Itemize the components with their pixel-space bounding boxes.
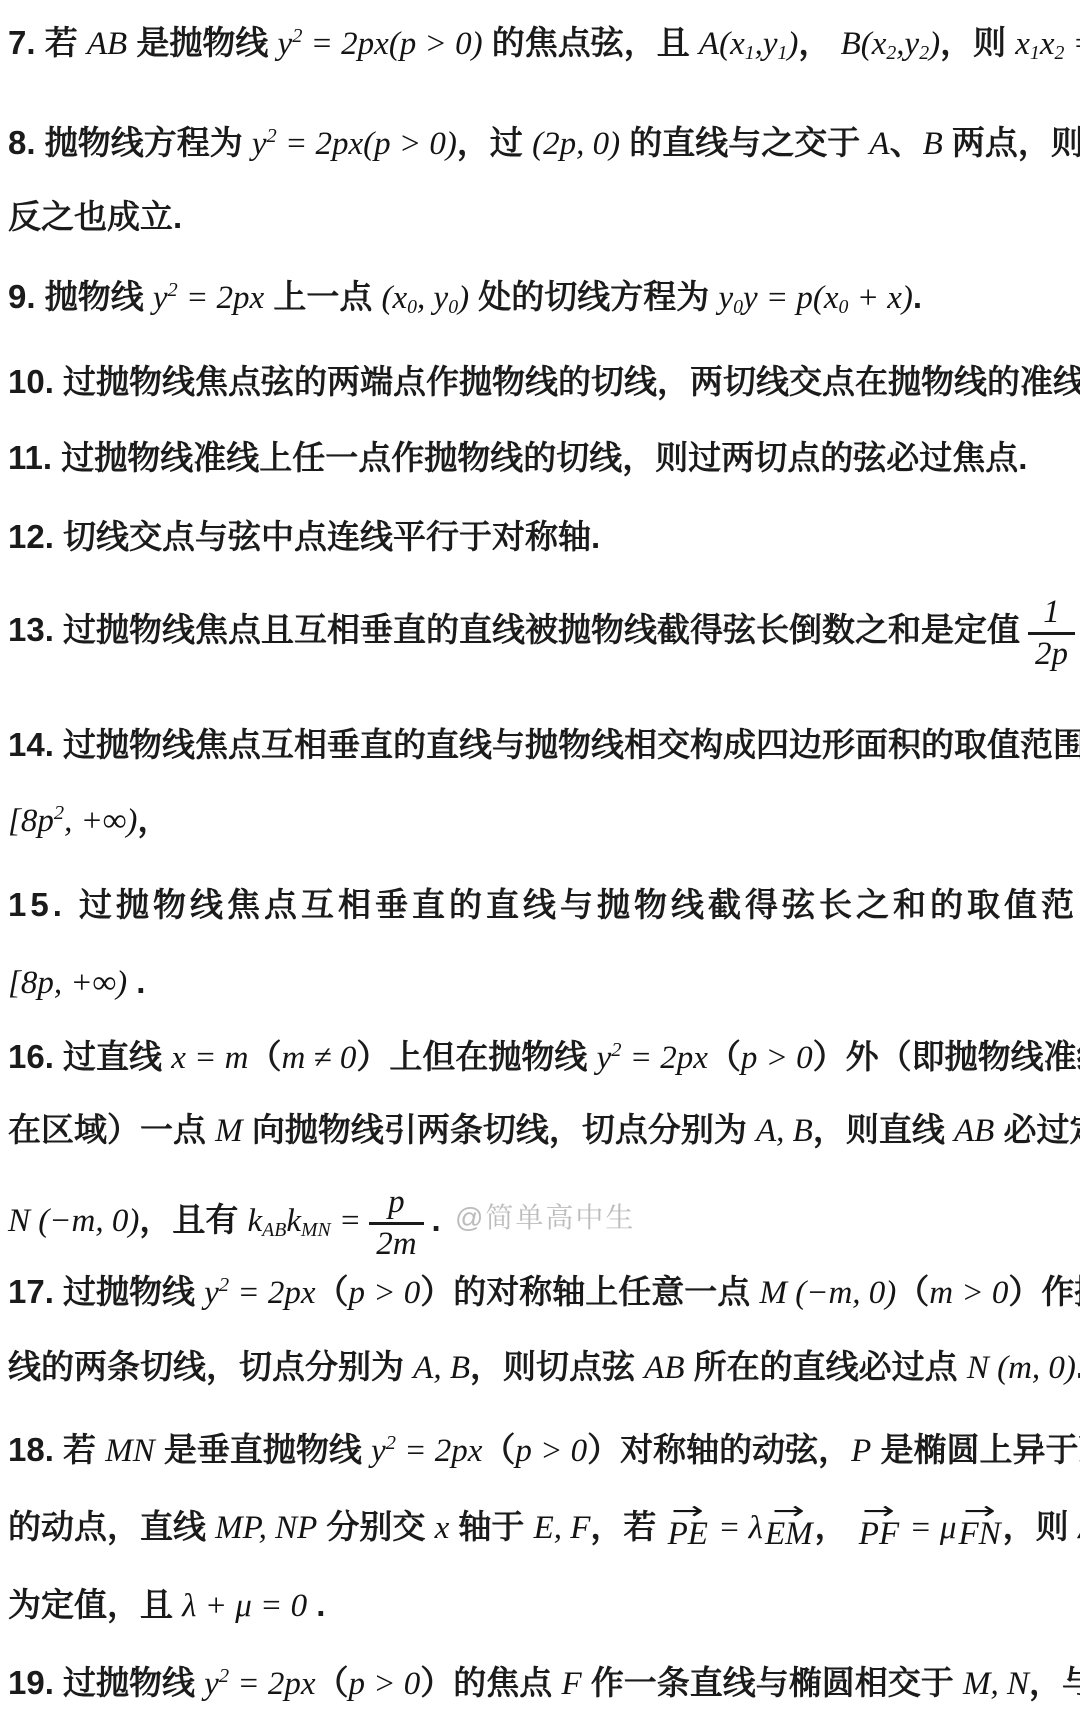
text-run: 分别交: [317, 1508, 434, 1545]
text-run: （: [482, 1431, 515, 1468]
superscript: 2: [219, 1274, 229, 1296]
text-run: 为定值，且: [8, 1586, 182, 1623]
fraction-denominator: 2p: [1028, 632, 1075, 672]
item-15-line-2: [8p, +∞) .: [8, 959, 1078, 1005]
fraction-numerator: p: [381, 1185, 412, 1222]
math-run: m ≠ 0: [281, 1040, 356, 1076]
text-run: 的焦点弦，且: [483, 24, 699, 61]
item-15-line-1: 15. 过抛物线焦点互相垂直的直线与抛物线截得弦长之和的取值范围是: [8, 882, 1078, 928]
math-run: x: [435, 1510, 450, 1546]
text-run: ）的焦点: [420, 1664, 561, 1701]
text-run: 轴于: [449, 1508, 533, 1545]
subscript: 1: [745, 42, 755, 64]
math-run: AB: [644, 1350, 684, 1386]
text-run: 线的两条切线，切点分别为: [8, 1348, 413, 1385]
superscript: 2: [386, 1432, 396, 1454]
item-14-line-2: [8p2, +∞)，: [8, 797, 1078, 843]
math-run: = 2px: [229, 1666, 315, 1702]
subscript: 0: [733, 296, 743, 318]
subscript: 0: [448, 296, 458, 318]
math-subscript: y1: [763, 26, 788, 62]
text-run: 的动点，直线: [8, 1508, 215, 1545]
fraction: 12p: [1028, 595, 1075, 671]
text-run: .: [307, 1586, 325, 1623]
text-run: ，若: [590, 1508, 665, 1545]
math-superscript: y2: [153, 280, 178, 316]
text-run: 在区域）一点: [8, 1111, 215, 1148]
subscript: 1: [778, 42, 788, 64]
math-run: p > 0: [741, 1040, 813, 1076]
item-17-line-1: 17. 过抛物线 y2 = 2px（p > 0）的对称轴上任意一点 M (−m,…: [8, 1269, 1078, 1315]
text-run: （: [708, 1038, 741, 1075]
math-run: M, N: [963, 1666, 1029, 1702]
math-run: = 2px(p > 0): [302, 26, 482, 62]
text-run: ，则: [1003, 1508, 1078, 1545]
vector: →FN: [958, 1505, 1000, 1551]
text-run: ）上但在抛物线: [356, 1038, 596, 1075]
text-run: 是垂直抛物线: [155, 1431, 371, 1468]
math-run: = 2px: [229, 1275, 315, 1311]
text-run: .: [127, 963, 145, 1000]
text-run: 7. 若: [8, 24, 87, 61]
math-subscript: x0: [824, 280, 849, 316]
math-run: MP, NP: [215, 1510, 317, 1546]
math-run: = 2px: [396, 1433, 482, 1469]
text-run: ）的对称轴上任意一点: [420, 1273, 759, 1310]
item-16-line-1: 16. 过直线 x = m（m ≠ 0）上但在抛物线 y2 = 2px（p > …: [8, 1034, 1078, 1080]
math-run: λ + μ = 0: [182, 1588, 307, 1624]
text-run: 所在的直线必过点: [685, 1348, 967, 1385]
math-superscript: p2: [37, 803, 64, 839]
vector-arrow-icon: →: [672, 1505, 704, 1517]
math-superscript: y2: [597, 1040, 622, 1076]
item-11: 11. 过抛物线准线上任一点作抛物线的切线，则过两切点的弦必过焦点.: [8, 435, 1078, 481]
text-run: 16. 过直线: [8, 1038, 171, 1075]
text-run: （: [316, 1664, 349, 1701]
math-subscript: x2: [872, 26, 897, 62]
text-run: 15. 过抛物线焦点互相垂直的直线与抛物线截得弦长之和的取值范围是: [8, 886, 1080, 923]
text-run: 13. 过抛物线焦点且互相垂直的直线被抛物线截得弦长倒数之和是定值: [8, 611, 1020, 648]
math-run: ,: [896, 26, 904, 62]
math-run: (: [382, 280, 393, 316]
text-run: （: [248, 1038, 281, 1075]
text-run: 19. 过抛物线: [8, 1664, 204, 1701]
math-run: A, B: [413, 1350, 470, 1386]
text-run: 是抛物线: [127, 24, 277, 61]
text-run: 处的切线方程为: [469, 278, 718, 315]
item-17-line-2: 线的两条切线，切点分别为 A, B，则切点弦 AB 所在的直线必过点 N (m,…: [8, 1344, 1078, 1390]
math-run: p > 0: [349, 1275, 421, 1311]
superscript: 2: [54, 802, 64, 824]
text-run: 作一条直线与椭圆相交于: [582, 1664, 963, 1701]
math-run: ): [787, 26, 798, 62]
math-run: , +∞): [64, 803, 137, 839]
math-subscript: y0: [718, 280, 743, 316]
math-subscript: y0: [434, 280, 459, 316]
vector: →EM: [765, 1505, 813, 1551]
text-run: ）外（即抛物线准线所: [813, 1038, 1080, 1075]
math-superscript: y2: [278, 26, 303, 62]
math-run: AB: [954, 1113, 994, 1149]
text-run: ，与相: [1029, 1664, 1080, 1701]
math-run: [8p, +∞): [8, 965, 127, 1001]
vector-arrow-icon: →: [863, 1505, 895, 1517]
item-18-line-1: 18. 若 MN 是垂直抛物线 y2 = 2px（p > 0）对称轴的动弦，P …: [8, 1427, 1078, 1473]
math-notes-page: @简单高中生 7. 若 AB 是抛物线 y2 = 2px(p > 0) 的焦点弦…: [0, 0, 1080, 1709]
item-18-line-2: 的动点，直线 MP, NP 分别交 x 轴于 E, F，若 →PE = λ→EM…: [8, 1504, 1078, 1550]
math-run: A(: [699, 26, 730, 62]
item-19: 19. 过抛物线 y2 = 2px（p > 0）的焦点 F 作一条直线与椭圆相交…: [8, 1660, 1078, 1706]
superscript: 2: [611, 1039, 621, 1061]
item-13: 13. 过抛物线焦点且互相垂直的直线被抛物线截得弦长倒数之和是定值12p.: [8, 586, 1078, 674]
text-run: 11. 过抛物线准线上任一点作抛物线的切线，则过两切点的弦必过焦点.: [8, 439, 1027, 476]
math-run: m > 0: [929, 1275, 1008, 1311]
text-run: （: [896, 1273, 929, 1310]
text-run: .: [1076, 1348, 1080, 1385]
text-run: ，过: [457, 124, 532, 161]
text-run: .: [432, 1201, 441, 1238]
math-run: A, B: [756, 1113, 813, 1149]
subscript: 1: [1030, 42, 1040, 64]
item-10: 10. 过抛物线焦点弦的两端点作抛物线的切线，两切线交点在抛物线的准线上.: [8, 359, 1078, 405]
text-run: ，: [137, 801, 170, 838]
math-run: A: [869, 126, 889, 162]
superscript: 2: [267, 125, 277, 147]
text-run: 12. 切线交点与弦中点连线平行于对称轴.: [8, 518, 600, 555]
text-run: .: [913, 278, 922, 315]
math-subscript: x0: [393, 280, 418, 316]
text-run: ，: [815, 1508, 857, 1545]
item-16-line-3: N (−m, 0)，且有 kABkMN =p2m.: [8, 1176, 1078, 1264]
subscript: 2: [886, 42, 896, 64]
math-run: P: [851, 1433, 871, 1469]
subscript: 0: [407, 296, 417, 318]
text-run: ）作抛物: [1008, 1273, 1080, 1310]
math-subscript: x1: [730, 26, 755, 62]
math-run: [8: [8, 803, 37, 839]
item-12: 12. 切线交点与弦中点连线平行于对称轴.: [8, 514, 1078, 560]
math-run: MN: [105, 1433, 155, 1469]
math-run: M (−m, 0): [759, 1275, 896, 1311]
math-run: = λ: [710, 1510, 763, 1546]
math-run: =: [331, 1203, 362, 1239]
math-run: + x): [848, 280, 912, 316]
math-run: B: [923, 126, 943, 162]
math-subscript: kAB: [248, 1203, 287, 1239]
vector-arrow-icon: →: [773, 1505, 805, 1517]
math-run: = μ: [901, 1510, 956, 1546]
vector: →PE: [668, 1505, 708, 1551]
math-run: N (m, 0): [967, 1350, 1076, 1386]
text-run: 上一点: [264, 278, 381, 315]
math-run: (2p, 0): [532, 126, 620, 162]
math-superscript: y2: [204, 1275, 229, 1311]
subscript: AB: [262, 1219, 286, 1241]
math-run: x = m: [171, 1040, 248, 1076]
superscript: 2: [219, 1665, 229, 1687]
math-subscript: kMN: [286, 1203, 330, 1239]
item-8: 8. 抛物线方程为 y2 = 2px(p > 0)，过 (2p, 0) 的直线与…: [8, 120, 1078, 166]
fraction-denominator: 2m: [369, 1222, 423, 1262]
vector: →PF: [859, 1505, 899, 1551]
item-18-line-3: 为定值，且 λ + μ = 0 .: [8, 1582, 1078, 1628]
math-subscript: y2: [905, 26, 930, 62]
math-run: = 2px(p > 0): [277, 126, 457, 162]
text-run: 14. 过抛物线焦点互相垂直的直线与抛物线相交构成四边形面积的取值范围是: [8, 726, 1080, 763]
item-14-line-1: 14. 过抛物线焦点互相垂直的直线与抛物线相交构成四边形面积的取值范围是: [8, 722, 1078, 768]
math-run: ): [458, 280, 469, 316]
math-run: p > 0: [515, 1433, 587, 1469]
math-subscript: x1: [1015, 26, 1040, 62]
math-run: p > 0: [349, 1666, 421, 1702]
math-run: F: [561, 1666, 581, 1702]
item-16-line-2: 在区域）一点 M 向抛物线引两条切线，切点分别为 A, B，则直线 AB 必过定…: [8, 1107, 1078, 1153]
math-run: M: [215, 1113, 243, 1149]
text-run: 10. 过抛物线焦点弦的两端点作抛物线的切线，两切线交点在抛物线的准线上.: [8, 363, 1080, 400]
math-superscript: y2: [371, 1433, 396, 1469]
item-7: 7. 若 AB 是抛物线 y2 = 2px(p > 0) 的焦点弦，且 A(x1…: [8, 0, 1078, 86]
item-8-continuation: 反之也成立.: [8, 194, 1078, 240]
math-superscript: y2: [252, 126, 277, 162]
math-run: ,: [417, 280, 434, 316]
text-run: 是椭圆上异于顶点: [871, 1431, 1080, 1468]
math-superscript: y2: [204, 1666, 229, 1702]
text-run: 必过定点: [994, 1111, 1080, 1148]
math-run: y = p(: [743, 280, 824, 316]
superscript: 2: [168, 279, 178, 301]
text-run: ，: [798, 24, 840, 61]
math-run: B(: [841, 26, 872, 62]
math-run: = 2px: [621, 1040, 707, 1076]
text-run: 的直线与之交于: [620, 124, 869, 161]
math-run: AB: [87, 26, 127, 62]
subscript: 2: [1054, 42, 1064, 64]
subscript: MN: [301, 1219, 331, 1241]
item-9: 9. 抛物线 y2 = 2px 上一点 (x0, y0) 处的切线方程为 y0y…: [8, 274, 1078, 320]
text-run: 8. 抛物线方程为: [8, 124, 252, 161]
math-run: =: [1064, 26, 1080, 62]
text-run: （: [316, 1273, 349, 1310]
text-run: 两点，则: [943, 124, 1080, 161]
text-run: 反之也成立.: [8, 198, 182, 235]
text-run: ，则: [940, 24, 1015, 61]
math-run: ,: [755, 26, 763, 62]
text-run: ，则直线: [813, 1111, 954, 1148]
math-run: N (−m, 0): [8, 1203, 139, 1239]
subscript: 0: [839, 296, 849, 318]
text-run: 18. 若: [8, 1431, 105, 1468]
text-run: ）对称轴的动弦，: [587, 1431, 851, 1468]
fraction: p2m: [369, 1185, 423, 1261]
text-run: ，则切点弦: [470, 1348, 644, 1385]
vector-arrow-icon: →: [963, 1505, 995, 1517]
fraction-numerator: 1: [1036, 595, 1067, 632]
superscript: 2: [292, 25, 302, 47]
math-run: ): [929, 26, 940, 62]
math-subscript: x2: [1040, 26, 1065, 62]
text-run: 向抛物线引两条切线，切点分别为: [243, 1111, 756, 1148]
subscript: 2: [919, 42, 929, 64]
text-run: 17. 过抛物线: [8, 1273, 204, 1310]
math-run: = 2px: [178, 280, 264, 316]
text-run: ，且有: [139, 1201, 247, 1238]
text-run: 9. 抛物线: [8, 278, 153, 315]
text-run: 、: [890, 124, 923, 161]
math-run: E, F: [534, 1510, 591, 1546]
